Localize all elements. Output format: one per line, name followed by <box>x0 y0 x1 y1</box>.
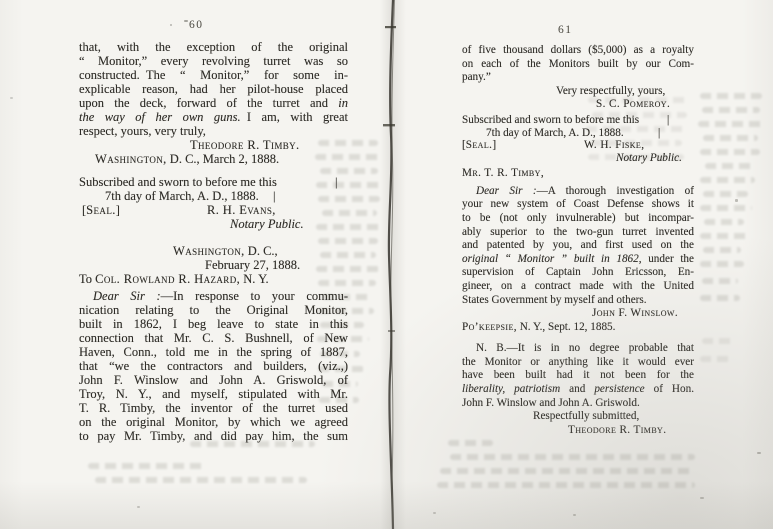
scan-speck <box>573 514 576 516</box>
text-line: Washington, D. C., March 2, 1888. <box>79 152 348 166</box>
text-line: February 27, 1888. <box>79 258 348 272</box>
bleed-through-line <box>702 338 736 344</box>
scan-speck <box>170 24 172 26</box>
bleed-through-line <box>703 247 741 253</box>
text-line: 7th day of March, A. D., 1888.| <box>79 189 348 203</box>
text-line: the Monitor or anything like it would ev… <box>462 356 694 370</box>
bleed-through-line <box>700 93 762 99</box>
text-line: Dear Sir :—A thorough investigation of <box>462 185 694 199</box>
text-line: Very respectfully, yours, <box>462 85 694 99</box>
text-line: and patented by you, and first used on t… <box>462 239 694 253</box>
text-line: Washington, D. C., <box>79 244 348 258</box>
text-line: Po’keepsie, N. Y., Sept. 12, 1885. <box>462 321 694 335</box>
scan-speck <box>757 452 761 454</box>
bleed-through-line <box>698 121 764 127</box>
page-number: 60 <box>189 19 204 31</box>
text-line: Subscribed and sworn to before me this| <box>79 175 348 189</box>
text-line: nication relating to the Original Monito… <box>79 303 348 317</box>
text-line: respect, yours, very truly, <box>79 124 348 138</box>
bleed-through-line <box>700 356 730 362</box>
text-line: explicable reason, had her pilot-house p… <box>79 82 348 96</box>
text-line: Haven, Conn., told me in the spring of 1… <box>79 345 348 359</box>
text-line: the way of her own guns. I am, with grea… <box>79 110 348 124</box>
text-line: Respectfully submitted, <box>462 410 694 424</box>
bleed-through-line <box>450 454 695 460</box>
text-line: on the original Monitor, by which we agr… <box>79 415 348 429</box>
text-line: ably superior to the two-gun turret inve… <box>462 226 694 240</box>
text-line: Mr. T. R. Timby, <box>462 167 694 181</box>
text-line: John F. Winslow and John A. Griswold, of <box>79 373 348 387</box>
text-line: [Seal.]R. H. Evans, <box>79 203 348 217</box>
text-line: original “ Monitor ” built in 1862, unde… <box>462 253 694 267</box>
text-line: connection that Mr. C. S. Bushnell, of N… <box>79 331 348 345</box>
bleed-through-line <box>702 107 760 113</box>
scan-speck <box>433 512 436 514</box>
text-line: “ Monitor,” every revolving turret was s… <box>79 54 348 68</box>
bleed-through-line <box>704 219 744 225</box>
bleed-through-line <box>700 261 744 267</box>
text-line: Dear Sir :—In response to your commu- <box>79 289 348 303</box>
text-line: [Seal.]W. H. Fiske, <box>462 139 694 152</box>
text-line: T. R. Timby, the inventor of the turret … <box>79 401 348 415</box>
left-page-text: that, with the exception of the original… <box>79 40 348 443</box>
scan-speck <box>700 497 704 499</box>
text-line: To Col. Rowland R. Hazard, N. Y. <box>79 272 348 286</box>
scan-speck <box>10 97 13 99</box>
text-line: constructed. The “ Monitor,” for some in… <box>79 68 348 82</box>
scan-speck <box>137 506 140 508</box>
book-scan: 60 61 that, with the exception of the or… <box>0 0 773 529</box>
text-line: John F. Winslow and John A. Griswold. <box>462 397 694 411</box>
text-line: on each of the Monitors built by our Com… <box>462 58 694 72</box>
bleed-through-line <box>700 233 748 239</box>
right-page-text: of five thousand dollars ($5,000) as a r… <box>462 44 694 437</box>
bleed-through-line <box>700 295 740 301</box>
text-line: John F. Winslow. <box>462 307 694 321</box>
text-line: States Government by myself and others. <box>462 294 694 308</box>
text-line: Notary Public. <box>462 152 694 166</box>
bleed-through-line <box>700 177 755 183</box>
text-line: 7th day of March, A. D., 1888.| <box>462 127 694 140</box>
text-line: Troy, N. Y., and myself, stipulated with… <box>79 387 348 401</box>
bleed-through-line <box>95 477 307 483</box>
bleed-through-line <box>88 463 206 469</box>
text-line: that “we the contractors and builders, (… <box>79 359 348 373</box>
bleed-through-line <box>703 135 758 141</box>
text-line: supervision of Captain John Ericsson, En… <box>462 266 694 280</box>
bleed-through-line <box>705 163 753 169</box>
text-line: your new system of Coast Defense shows i… <box>462 198 694 212</box>
text-line: Theodore R. Timby. <box>79 138 348 152</box>
text-line: Theodore R. Timby. <box>462 424 694 438</box>
text-line: built in 1862, I beg leave to state in t… <box>79 317 348 331</box>
bleed-through-line <box>700 205 752 211</box>
text-line: S. C. Pomeroy. <box>462 98 694 112</box>
text-line: Notary Public. <box>79 217 348 231</box>
text-line: to pay Mr. Timby, and did pay him, the s… <box>79 429 348 443</box>
text-line: upon the deck, forward of the turret and… <box>79 96 348 110</box>
bleed-through-line <box>448 440 493 446</box>
bleed-through-line <box>440 468 695 474</box>
text-line: have been built had it not been for the <box>462 369 694 383</box>
scan-speck <box>735 199 738 202</box>
text-line: of five thousand dollars ($5,000) as a r… <box>462 44 694 58</box>
text-line: that, with the exception of the original <box>79 40 348 54</box>
text-line: pany.” <box>462 71 694 85</box>
text-line: gineer, on a contract made with the Unit… <box>462 280 694 294</box>
text-line: to be (not only invulnerable) but incomp… <box>462 212 694 226</box>
book-gutter-fold <box>376 0 410 529</box>
bleed-through-line <box>703 191 748 197</box>
text-line: liberality, patriotism and persistence o… <box>462 383 694 397</box>
text-line: N. B.—It is in no degree probable that <box>462 342 694 356</box>
scan-speck <box>184 20 188 22</box>
bleed-through-line <box>700 149 760 155</box>
bleed-through-line <box>702 278 738 284</box>
bleed-through-line <box>437 482 695 488</box>
text-line: Subscribed and sworn to before me this| <box>462 114 694 127</box>
page-number: 61 <box>558 24 573 36</box>
